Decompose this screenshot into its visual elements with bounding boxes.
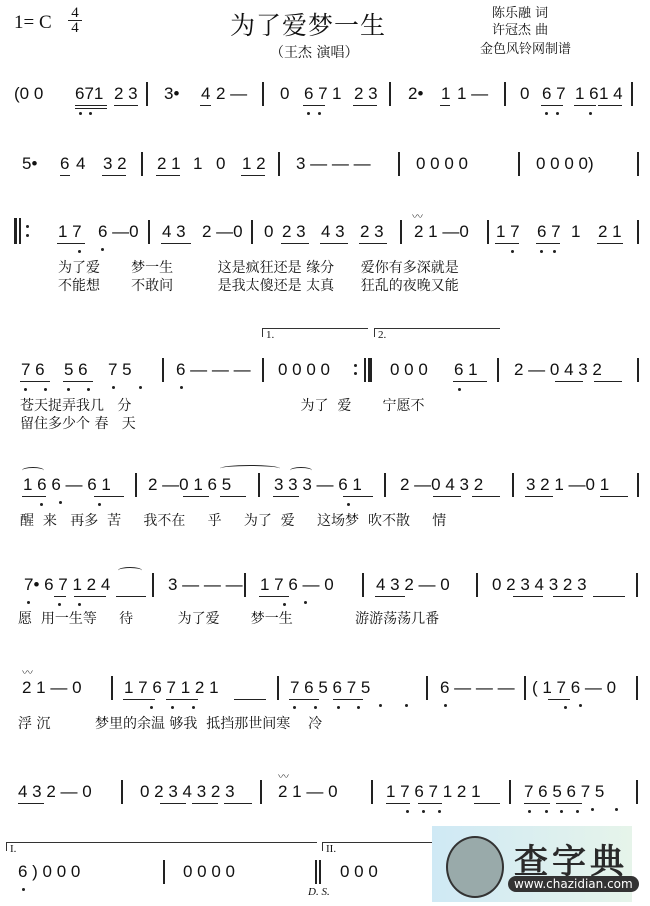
score-row-6: 7• 6 7 1 2 4 3 — — — 1 7 6 — 0 4 3 2 — 0… bbox=[0, 575, 650, 615]
notes: (0 0 bbox=[14, 84, 43, 104]
score-row-1: (0 0 671 2 3 3• 4 2 — 0 6 7 1 2 3 2• 1 1… bbox=[0, 84, 650, 124]
score-row-5: 1 6 6 — 6 1 2 —0 1 6 5 3 3 3 — 6 1 2 —0 … bbox=[0, 475, 650, 515]
song-title: 为了爱梦一生 bbox=[230, 6, 386, 42]
score-row-8: 4 3 2 — 0 0 2 3 4 3 2 3 〰 2 1 — 0 1 7 6 … bbox=[0, 782, 650, 822]
score-row-4: 7 6 5 6 7 5 6 — — — 0 0 0 0 0 0 0 6 1 2 … bbox=[0, 360, 650, 400]
volta-I: I. bbox=[6, 842, 317, 851]
score-row-7: 〰 2 1 — 0 1 7 6 7 1 2 1 7 6 5 6 7 5 6 — … bbox=[0, 678, 650, 718]
lyrics-verse-2: 不能想 不敢问 是我太傻还是 太真 狂乱的夜晚又能 bbox=[58, 278, 459, 295]
chazidian-logo: 查字典 www.chazidian.com bbox=[432, 826, 632, 902]
composer: 许冠杰 曲 bbox=[492, 23, 548, 39]
time-signature: 4 4 bbox=[68, 6, 82, 35]
dal-segno-mark: D. S. bbox=[308, 886, 330, 898]
lyricist: 陈乐融 词 bbox=[492, 6, 548, 22]
key-signature: 1= C bbox=[14, 12, 52, 34]
score-row-3: 1 7 6 —0 4 3 2 —0 0 2 3 4 3 2 3 〰 2 1 —0… bbox=[0, 222, 650, 262]
volta-1: 1. bbox=[262, 328, 368, 337]
performer: （王杰 演唱） bbox=[270, 42, 358, 62]
volta-II: II. bbox=[322, 842, 433, 851]
mascot-icon bbox=[446, 836, 504, 898]
lyrics-verse-1: 为了爱 梦一生 这是疯狂还是 缘分 爱你有多深就是 bbox=[58, 260, 459, 277]
volta-2: 2. bbox=[374, 328, 500, 337]
transcriber: 金色风铃网制谱 bbox=[480, 42, 571, 58]
score-row-2: 5• 6 4 3 2 2 1 1 0 1 2 3 — — — 0 0 0 0 0… bbox=[0, 154, 650, 194]
